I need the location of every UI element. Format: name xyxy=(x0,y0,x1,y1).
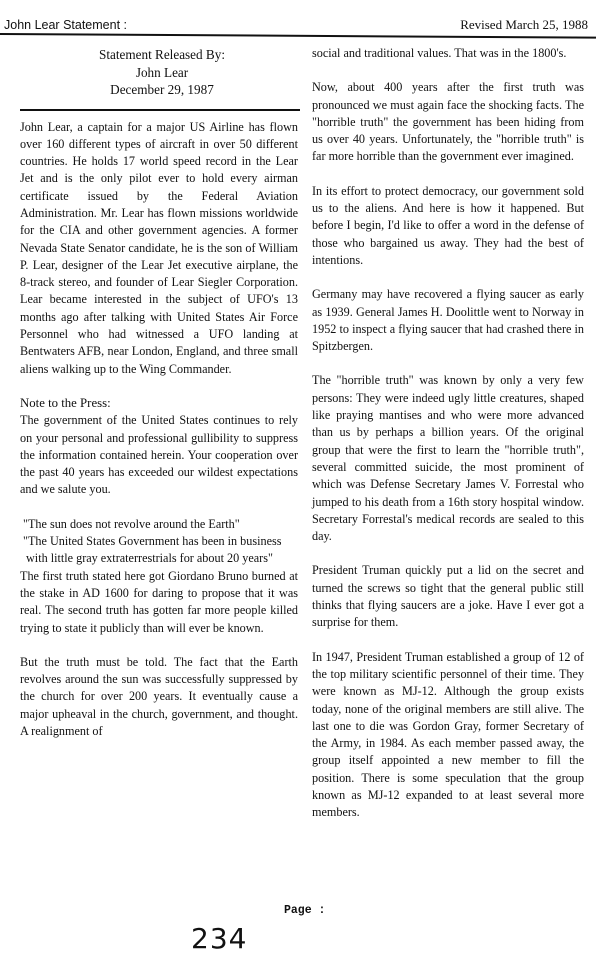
germany-paragraph: Germany may have recovered a flying sauc… xyxy=(312,286,584,355)
mj12-paragraph: In 1947, President Truman established a … xyxy=(312,649,584,822)
first-truth-paragraph: The first truth stated here got Giordano… xyxy=(20,568,298,637)
quote-government-a: "The United States Government has been i… xyxy=(20,533,298,550)
author-name: John Lear xyxy=(26,64,298,82)
note-to-press-paragraph: The government of the United States cont… xyxy=(20,412,298,498)
release-label: Statement Released By: xyxy=(26,46,298,64)
now-paragraph: Now, about 400 years after the first tru… xyxy=(312,79,584,165)
horrible-truth-paragraph: The "horrible truth" was known by only a… xyxy=(312,372,584,545)
author-bio-paragraph: John Lear, a captain for a major US Airl… xyxy=(20,119,298,378)
document-title: John Lear Statement : xyxy=(4,18,127,32)
page-label: Page : xyxy=(284,904,325,917)
note-to-press-heading: Note to the Press: xyxy=(20,395,298,412)
quote-government-b: with little gray extraterrestrials for a… xyxy=(20,550,298,567)
truman-paragraph: President Truman quickly put a lid on th… xyxy=(312,562,584,631)
release-date: December 29, 1987 xyxy=(26,81,298,99)
handwritten-page-number: 234 xyxy=(191,922,247,955)
democracy-paragraph: In its effort to protect democracy, our … xyxy=(312,183,584,269)
left-column: Statement Released By: John Lear Decembe… xyxy=(20,46,298,757)
quote-sun: "The sun does not revolve around the Ear… xyxy=(20,516,298,533)
page-header: John Lear Statement : Revised March 25, … xyxy=(2,14,592,34)
right-column: social and traditional values. That was … xyxy=(312,45,584,839)
continuation-paragraph: social and traditional values. That was … xyxy=(312,45,584,62)
title-rule xyxy=(20,109,300,111)
release-title-block: Statement Released By: John Lear Decembe… xyxy=(26,46,298,99)
revision-date: Revised March 25, 1988 xyxy=(460,17,588,33)
truth-must-be-told-paragraph: But the truth must be told. The fact tha… xyxy=(20,654,298,740)
